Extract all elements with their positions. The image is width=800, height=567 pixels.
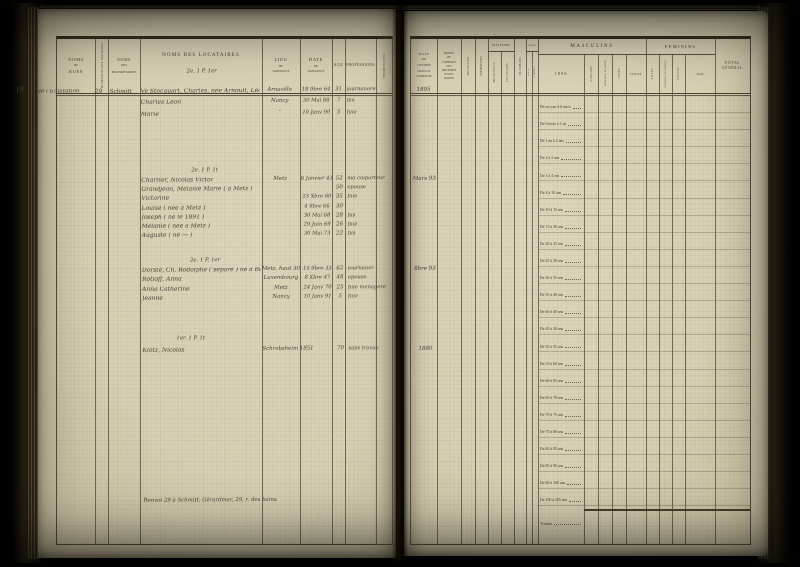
entry-age: 62 [334,266,346,272]
entry-profession: fille [348,222,392,228]
entry-name: Dorste, Ch. Rodolphe ( séparé ) né à Bac… [142,267,261,274]
entry-birthplace: Nancy [261,99,299,105]
margin-note: (9 [17,87,24,94]
floor-note-2: 2e. 1 P. 1t [191,168,218,174]
entry-name: Auguste ( né — ) [142,233,193,239]
entry-age: 31 [333,87,345,93]
floor-note-1: 2e. 1 P. 1er [187,69,217,75]
floor-note-4: 1er. 1 P. 1t [176,336,205,342]
entry-age: 26 [334,222,346,228]
entry-profession: épouse [348,275,392,281]
entry-profession: fils [347,98,391,104]
entry-profession: fils [348,213,392,219]
entry-birthdate: 30 Mai 68 [301,213,334,218]
owner-name: Schmitt [110,90,132,96]
entry-profession: journalier [348,266,392,272]
entry-birthplace: Metz [261,177,299,183]
entry-date-4: 1880 [412,347,438,353]
entry-birthdate: 29 Juin 69 [301,222,334,227]
entry-profession: fille ménagère [348,285,392,291]
entry-profession: md colporteur [347,176,391,182]
street-name: r. de l'Équitation [32,89,80,95]
entry-age: 30 [333,204,345,210]
entry-birthdate: 30 Mai 73 [301,232,334,237]
entry-birthplace: Schrobsheim 1851 [262,347,300,353]
entry-birthdate: 30 Mai 88 [300,99,333,104]
house-number: 29 [95,89,103,95]
entry-birthdate: 6 Janvier 43 [300,176,333,181]
entry-name: Mélanie ( née à Metz ) [142,223,211,229]
entry-birthplace: Metz, haut 30 [262,267,300,273]
entry-birthplace: ″ [261,110,299,116]
entry-age: 5 [334,295,346,301]
entry-age: 22 [334,232,346,238]
entry-profession: épouse [347,185,391,191]
renvoi-note: Renvoi 29 à Schmitt, Gérardmer, 29, r. d… [143,498,276,504]
register-book-scan: NOMS DE RUES NUMÉROS DES MAISONS NOMS DE… [0,0,800,567]
entry-birthplace: Metz [262,285,300,291]
entry-date-3: 8bre 93 [412,267,438,273]
entry-name: Anna Catherine [142,286,190,292]
entry-age: 52 [333,176,345,182]
entry-profession: ″ [347,204,391,210]
entry-age: 28 [334,213,346,219]
entry-birthdate: 10 Janv 90 [300,110,333,115]
entry-age: 70 [334,346,346,352]
entry-birthplace: Luxembourg [262,276,300,282]
entry-birthplace: Nancy [262,295,300,301]
entry-name: Charrier, Nicolas Victor [141,177,213,184]
entry-age: 35 [333,195,345,201]
entry-age: 48 [334,276,346,282]
entry-date-2: Mars 93 [411,177,437,183]
entry-age: 25 [334,285,346,291]
entry-profession: journalière [347,87,391,93]
floor-note-3: 2e. 1 P. 1er [190,258,220,264]
entry-age: 5 [333,110,345,116]
entry-profession: fille [347,194,391,200]
entry-name: Rotloff, Anna [142,277,182,283]
entry-birthdate: 24 Janv 70 [301,285,334,290]
handwriting-layer: (9 r. de l'Équitation 29 Schmitt 2e. 1 P… [0,0,800,567]
entry-age: 7 [333,99,345,105]
entry-profession: fille [347,110,391,116]
entry-name: Marie [141,111,159,117]
entry-date-1: 1895 [411,88,437,94]
entry-name: Ve Stocquart, Charles, née Arnoult, Léon… [141,88,260,95]
entry-birthdate: 4 9bre 66 [300,204,333,209]
entry-birthdate: 18 9bre 64 [300,87,333,92]
entry-name: Klotz, Nicolas [142,348,184,354]
entry-birthdate: 15 9bre 33 [301,266,334,271]
entry-birthplace: Arnaville [261,88,299,94]
entry-name: Louise ( née à Metz ) [141,205,205,211]
entry-birthdate: 10 Janv 91 [301,295,334,300]
entry-profession: fille [348,294,392,300]
entry-birthdate: 23 Xbre 60 [300,195,333,200]
entry-profession: sans travail [348,346,392,352]
entry-profession: fils [348,231,392,237]
entry-name: Grandjean, Mélanie Marie ( à Metz ) [141,186,252,193]
entry-birthdate: 8 Xbre 47 [301,276,334,281]
entry-name: Joseph ( né le 1891 ) [142,214,205,220]
entry-name: Victorine [141,196,169,202]
entry-name: Charles Léon [141,100,181,106]
entry-age: 50 [333,186,345,192]
entry-name: Jeanne [142,296,163,302]
